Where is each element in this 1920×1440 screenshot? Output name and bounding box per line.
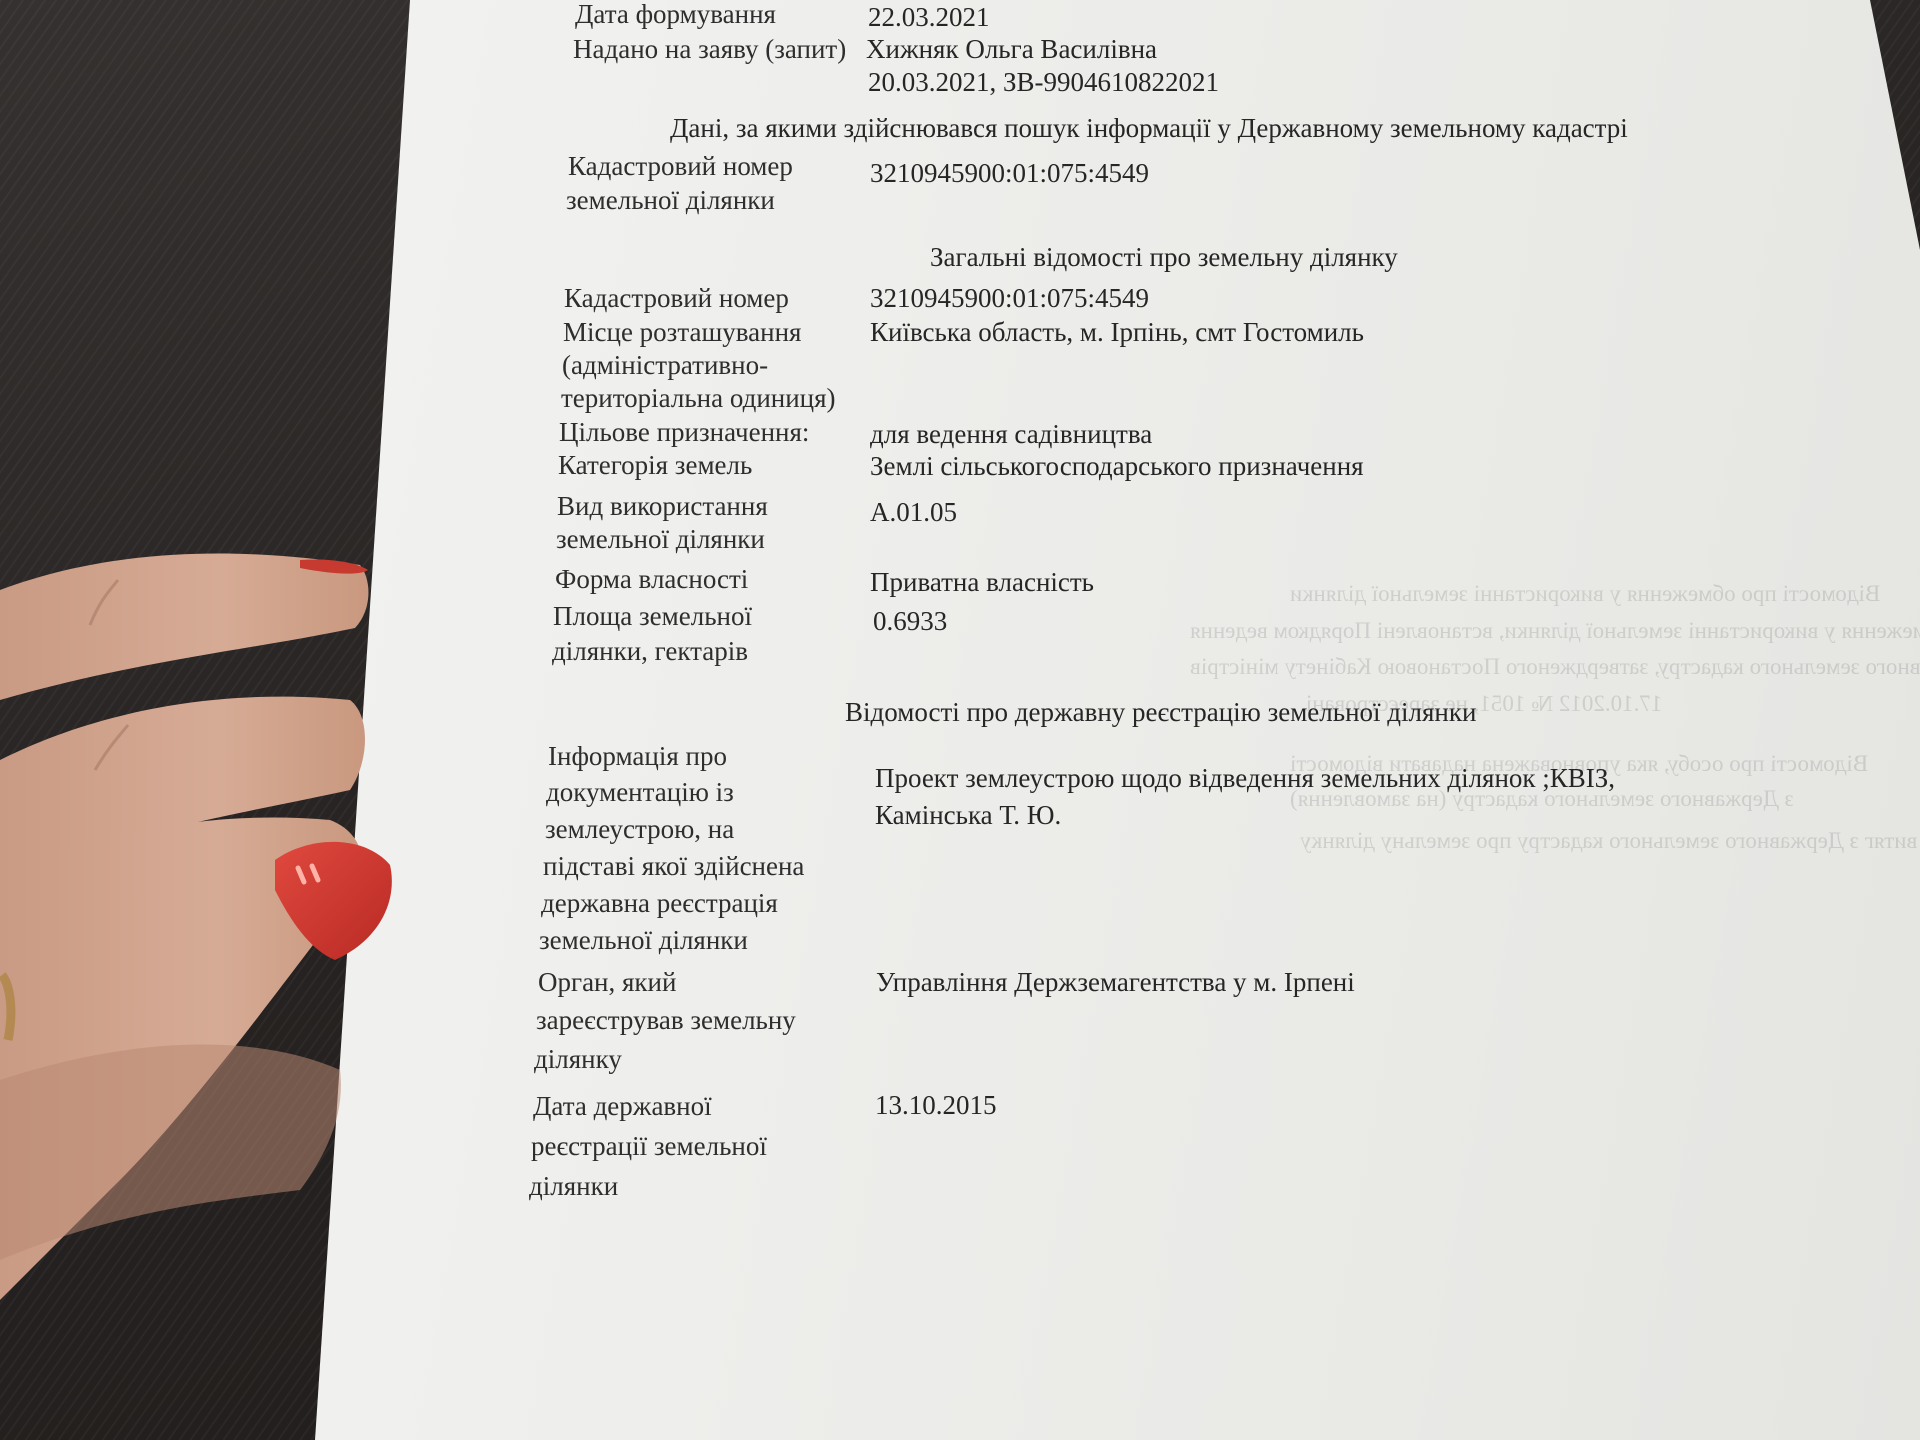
request-name: Хижняк Ольга Василівна	[866, 34, 1157, 65]
search-cadastral-value: 3210945900:01:075:4549	[870, 158, 1149, 189]
formed-date-value: 22.03.2021	[868, 2, 990, 33]
photo-scene: Відомості про обмеження у використанні з…	[0, 0, 1920, 1440]
documentation-value: Проект землеустрою щодо відведення земел…	[875, 763, 1615, 794]
registration-section-heading: Відомості про державну реєстрацію земель…	[845, 697, 1476, 728]
registering-authority-value: Управління Держземагентства у м. Ірпені	[876, 967, 1355, 998]
search-section-heading: Дані, за якими здійснювався пошук інформ…	[670, 113, 1628, 144]
cadastral-number-value: 3210945900:01:075:4549	[870, 283, 1149, 314]
area-value: 0.6933	[873, 606, 947, 637]
registration-date-value: 13.10.2015	[875, 1090, 997, 1121]
ownership-value: Приватна власність	[870, 567, 1094, 598]
cadastre-extract: Дата формування 22.03.2021 Надано на зая…	[0, 0, 1920, 1440]
usage-type-value: А.01.05	[870, 497, 957, 528]
general-section-heading: Загальні відомості про земельну ділянку	[930, 242, 1398, 273]
purpose-value: для ведення садівництва	[870, 419, 1152, 450]
search-cadastral-label: Кадастровий номер	[568, 150, 793, 182]
location-value: Київська область, м. Ірпінь, смт Гостоми…	[870, 317, 1364, 348]
land-category-value: Землі сільськогосподарського призначення	[870, 451, 1364, 482]
formed-date-label: Дата формування	[575, 0, 776, 30]
request-reference: 20.03.2021, ЗВ-9904610822021	[868, 67, 1219, 98]
request-label: Надано на заяву (запит)	[573, 33, 846, 65]
